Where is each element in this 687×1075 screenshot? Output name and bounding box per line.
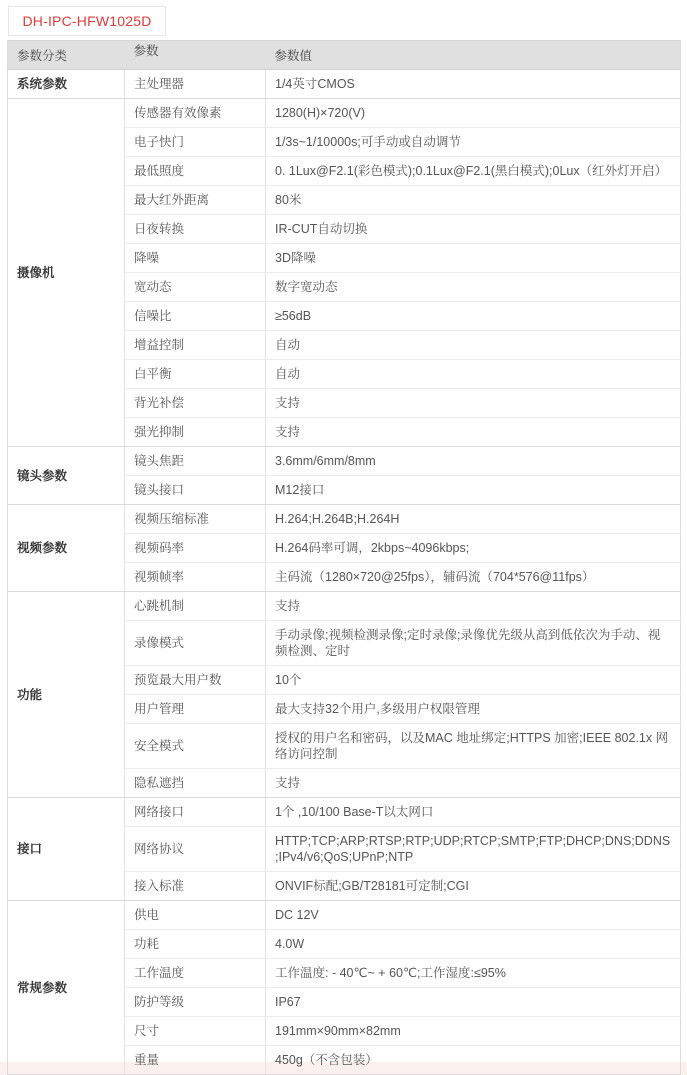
- param-cell: 视频码率: [125, 534, 266, 563]
- param-cell: 传感器有效像素: [125, 99, 266, 128]
- model-title-box: DH-IPC-HFW1025D: [8, 6, 166, 36]
- param-cell: 预览最大用户数: [125, 666, 266, 695]
- value-cell: 3.6mm/6mm/8mm: [266, 447, 681, 476]
- value-cell: 0. 1Lux@F2.1(彩色模式);0.1Lux@F2.1(黑白模式);0Lu…: [266, 157, 681, 186]
- value-cell: 10个: [266, 666, 681, 695]
- value-cell: H.264码率可调，2kbps~4096kbps;: [266, 534, 681, 563]
- param-cell: 日夜转换: [125, 215, 266, 244]
- param-cell: 视频压缩标准: [125, 505, 266, 534]
- param-cell: 信噪比: [125, 302, 266, 331]
- param-cell: 降噪: [125, 244, 266, 273]
- value-cell: M12接口: [266, 476, 681, 505]
- param-cell: 接入标准: [125, 872, 266, 901]
- param-cell: 镜头接口: [125, 476, 266, 505]
- value-cell: 授权的用户名和密码，以及MAC 地址绑定;HTTPS 加密;IEEE 802.1…: [266, 724, 681, 769]
- value-cell: 1/3s~1/10000s;可手动或自动调节: [266, 128, 681, 157]
- param-cell: 工作温度: [125, 959, 266, 988]
- value-cell: DC 12V: [266, 901, 681, 930]
- param-cell: 隐私遮挡: [125, 769, 266, 798]
- category-cell: 常规参数: [8, 901, 125, 1075]
- table-row: 视频参数视频压缩标准H.264;H.264B;H.264H: [8, 505, 681, 534]
- value-cell: 数字宽动态: [266, 273, 681, 302]
- param-cell: 用户管理: [125, 695, 266, 724]
- param-cell: 功耗: [125, 930, 266, 959]
- table-row: 系统参数主处理器1/4英寸CMOS: [8, 70, 681, 99]
- category-cell: 系统参数: [8, 70, 125, 99]
- param-cell: 宽动态: [125, 273, 266, 302]
- table-row: 镜头参数镜头焦距3.6mm/6mm/8mm: [8, 447, 681, 476]
- column-header-category: 参数分类: [8, 41, 125, 70]
- model-title: DH-IPC-HFW1025D: [22, 13, 151, 29]
- value-cell: 1280(H)×720(V): [266, 99, 681, 128]
- value-cell: 4.0W: [266, 930, 681, 959]
- value-cell: ONVIF标配;GB/T28181可定制;CGI: [266, 872, 681, 901]
- value-cell: IR-CUT自动切换: [266, 215, 681, 244]
- value-cell: 工作温度: - 40℃~ + 60℃;工作湿度:≤95%: [266, 959, 681, 988]
- param-cell: 最大红外距离: [125, 186, 266, 215]
- param-cell: 镜头焦距: [125, 447, 266, 476]
- param-cell: 录像模式: [125, 621, 266, 666]
- value-cell: HTTP;TCP;ARP;RTSP;RTP;UDP;RTCP;SMTP;FTP;…: [266, 827, 681, 872]
- param-cell: 心跳机制: [125, 592, 266, 621]
- param-cell: 防护等级: [125, 988, 266, 1017]
- value-cell: 自动: [266, 360, 681, 389]
- param-cell: 主处理器: [125, 70, 266, 99]
- value-cell: 支持: [266, 769, 681, 798]
- value-cell: 80米: [266, 186, 681, 215]
- value-cell: 最大支持32个用户,多级用户权限管理: [266, 695, 681, 724]
- value-cell: 手动录像;视频检测录像;定时录像;录像优先级从高到低依次为手动、视频检测、定时: [266, 621, 681, 666]
- table-row: 功能心跳机制支持: [8, 592, 681, 621]
- param-cell: 增益控制: [125, 331, 266, 360]
- value-cell: 主码流（1280×720@25fps），辅码流（704*576@11fps）: [266, 563, 681, 592]
- param-cell: 网络协议: [125, 827, 266, 872]
- spec-table-body: 系统参数主处理器1/4英寸CMOS摄像机传感器有效像素1280(H)×720(V…: [8, 70, 681, 1075]
- param-cell: 重量: [125, 1046, 266, 1075]
- category-cell: 功能: [8, 592, 125, 798]
- value-cell: H.264;H.264B;H.264H: [266, 505, 681, 534]
- value-cell: 1/4英寸CMOS: [266, 70, 681, 99]
- param-cell: 强光抑制: [125, 418, 266, 447]
- param-cell: 电子快门: [125, 128, 266, 157]
- table-row: 摄像机传感器有效像素1280(H)×720(V): [8, 99, 681, 128]
- category-cell: 接口: [8, 798, 125, 901]
- value-cell: 191mm×90mm×82mm: [266, 1017, 681, 1046]
- param-cell: 最低照度: [125, 157, 266, 186]
- value-cell: 1个 ,10/100 Base-T以太网口: [266, 798, 681, 827]
- param-cell: 网络接口: [125, 798, 266, 827]
- value-cell: 450g（不含包装）: [266, 1046, 681, 1075]
- table-header-row: 参数分类 参数 参数值: [8, 41, 681, 70]
- value-cell: IP67: [266, 988, 681, 1017]
- value-cell: 支持: [266, 418, 681, 447]
- table-row: 接口网络接口1个 ,10/100 Base-T以太网口: [8, 798, 681, 827]
- param-cell: 安全模式: [125, 724, 266, 769]
- category-cell: 镜头参数: [8, 447, 125, 505]
- param-cell: 供电: [125, 901, 266, 930]
- table-row: 常规参数供电DC 12V: [8, 901, 681, 930]
- value-cell: 支持: [266, 592, 681, 621]
- content-panel: DH-IPC-HFW1025D 参数分类 参数 参数值 系统参数主处理器1/4英…: [0, 0, 687, 1062]
- category-cell: 视频参数: [8, 505, 125, 592]
- column-header-param: 参数: [125, 41, 266, 70]
- value-cell: 支持: [266, 389, 681, 418]
- param-cell: 尺寸: [125, 1017, 266, 1046]
- column-header-value: 参数值: [266, 41, 681, 70]
- value-cell: ≥56dB: [266, 302, 681, 331]
- param-cell: 背光补偿: [125, 389, 266, 418]
- category-cell: 摄像机: [8, 99, 125, 447]
- param-cell: 白平衡: [125, 360, 266, 389]
- spec-table: 参数分类 参数 参数值 系统参数主处理器1/4英寸CMOS摄像机传感器有效像素1…: [7, 40, 681, 1075]
- value-cell: 自动: [266, 331, 681, 360]
- value-cell: 3D降噪: [266, 244, 681, 273]
- param-cell: 视频帧率: [125, 563, 266, 592]
